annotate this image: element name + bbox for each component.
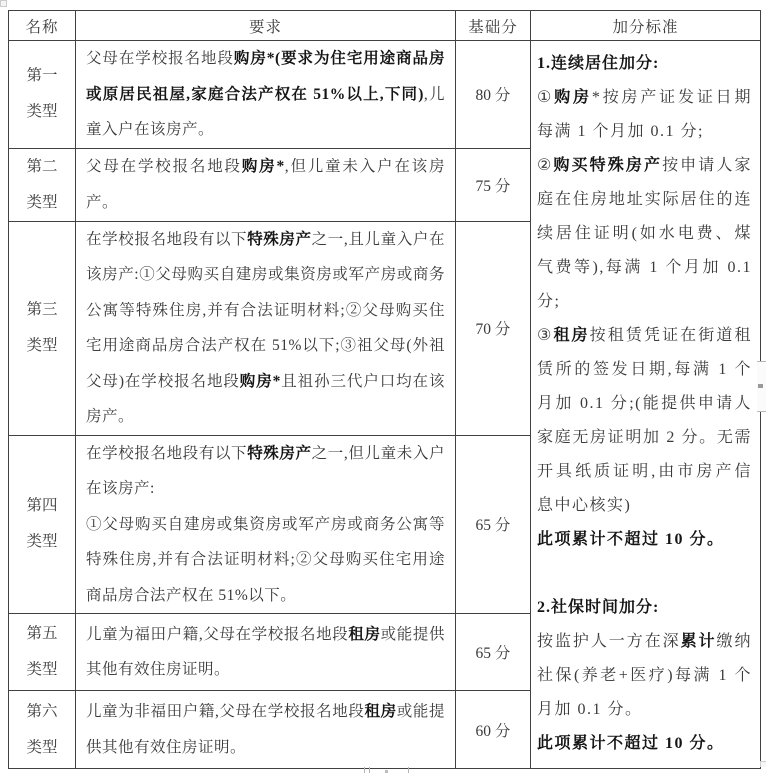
base-score-cell: 60 分 (456, 691, 531, 769)
type-name-cell: 第六类型 (9, 691, 76, 769)
bonus-paragraph: ③租房按租赁凭证在街道租赁所的签发日期,每满 1 个月加 0.1 分;(能提供申… (537, 319, 752, 523)
requirement-cell: 父母在学校报名地段购房*,但儿童未入户在该房产。 (76, 148, 456, 221)
page-dot (385, 770, 388, 773)
requirement-cell: 在学校报名地段有以下特殊房产之一,但儿童未入户在该房产:①父母购买自建房或集资房… (76, 435, 456, 614)
page-tick (369, 767, 370, 773)
table-select-handle-icon[interactable] (0, 0, 7, 7)
bonus-paragraph: 此项累计不超过 10 分。 (537, 727, 752, 761)
bonus-paragraph: 2.社保时间加分: (537, 591, 752, 625)
table-body: 第一类型父母在学校报名地段购房*(要求为住宅用途商品房或原居民祖屋,家庭合法产权… (9, 41, 761, 769)
base-score-cell: 75 分 (456, 148, 531, 221)
requirement-paragraph: 儿童为非福田户籍,父母在学校报名地段租房或能提供其他有效住房证明。 (86, 694, 445, 765)
requirement-cell: 儿童为非福田户籍,父母在学校报名地段租房或能提供其他有效住房证明。 (76, 691, 456, 769)
type-name-cell: 第四类型 (9, 435, 76, 614)
scoring-criteria-table: 名称 要求 基础分 加分标准 第一类型父母在学校报名地段购房*(要求为住宅用途商… (8, 10, 761, 769)
bonus-criteria-cell: 1.连续居住加分:①购房*按房产证发证日期每满 1 个月加 0.1 分;②购买特… (531, 41, 761, 769)
header-base-score: 基础分 (456, 11, 531, 41)
requirement-paragraph: 儿童为福田户籍,父母在学校报名地段租房或能提供其他有效住房证明。 (86, 617, 445, 688)
base-score-cell: 70 分 (456, 221, 531, 435)
base-score-cell: 65 分 (456, 435, 531, 614)
bonus-paragraph: 此项累计不超过 10 分。 (537, 523, 752, 557)
type-name-cell: 第二类型 (9, 148, 76, 221)
requirement-paragraph: 父母在学校报名地段购房*,但儿童未入户在该房产。 (86, 149, 445, 220)
page-corner-artifact (760, 761, 766, 767)
document-page: { "table": { "headers": [ { "label": "名称… (0, 0, 766, 775)
requirement-paragraph: 父母在学校报名地段购房*(要求为住宅用途商品房或原居民祖屋,家庭合法产权在 51… (86, 41, 445, 148)
requirement-paragraph: ①父母购买自建房或集资房或军产房或商务公寓等特殊住房,并有合法证明材料;②父母购… (86, 507, 445, 614)
type-name-cell: 第三类型 (9, 221, 76, 435)
requirement-cell: 在学校报名地段有以下特殊房产之一,且儿童入户在该房产:①父母购买自建房或集资房或… (76, 221, 456, 435)
requirement-cell: 父母在学校报名地段购房*(要求为住宅用途商品房或原居民祖屋,家庭合法产权在 51… (76, 41, 456, 149)
header-requirement: 要求 (76, 11, 456, 41)
bonus-paragraph: 1.连续居住加分: (537, 47, 752, 81)
requirement-paragraph: 在学校报名地段有以下特殊房产之一,且儿童入户在该房产:①父母购买自建房或集资房或… (86, 222, 445, 435)
table-row: 第一类型父母在学校报名地段购房*(要求为住宅用途商品房或原居民祖屋,家庭合法产权… (9, 41, 761, 149)
bonus-paragraph: ①购房*按房产证发证日期每满 1 个月加 0.1 分; (537, 81, 752, 149)
scrollbar-dash-icon (758, 384, 763, 388)
page-tick (408, 767, 409, 773)
header-bonus-criteria: 加分标准 (531, 11, 761, 41)
base-score-cell: 80 分 (456, 41, 531, 149)
bonus-paragraph: 按监护人一方在深累计缴纳社保(养老+医疗)每满 1 个月加 0.1 分。 (537, 625, 752, 727)
requirement-cell: 儿童为福田户籍,父母在学校报名地段租房或能提供其他有效住房证明。 (76, 614, 456, 691)
base-score-cell: 65 分 (456, 614, 531, 691)
page-edge-marks (0, 767, 766, 775)
requirement-paragraph: 在学校报名地段有以下特殊房产之一,但儿童未入户在该房产: (86, 436, 445, 507)
scrollbar-fragment[interactable] (757, 361, 766, 412)
type-name-cell: 第五类型 (9, 614, 76, 691)
page-tick (364, 767, 365, 773)
header-name: 名称 (9, 11, 76, 41)
table-header-row: 名称 要求 基础分 加分标准 (9, 11, 761, 41)
type-name-cell: 第一类型 (9, 41, 76, 149)
bonus-paragraph: ②购买特殊房产按申请人家庭在住房地址实际居住的连续居住证明(如水电费、煤气费等)… (537, 149, 752, 319)
